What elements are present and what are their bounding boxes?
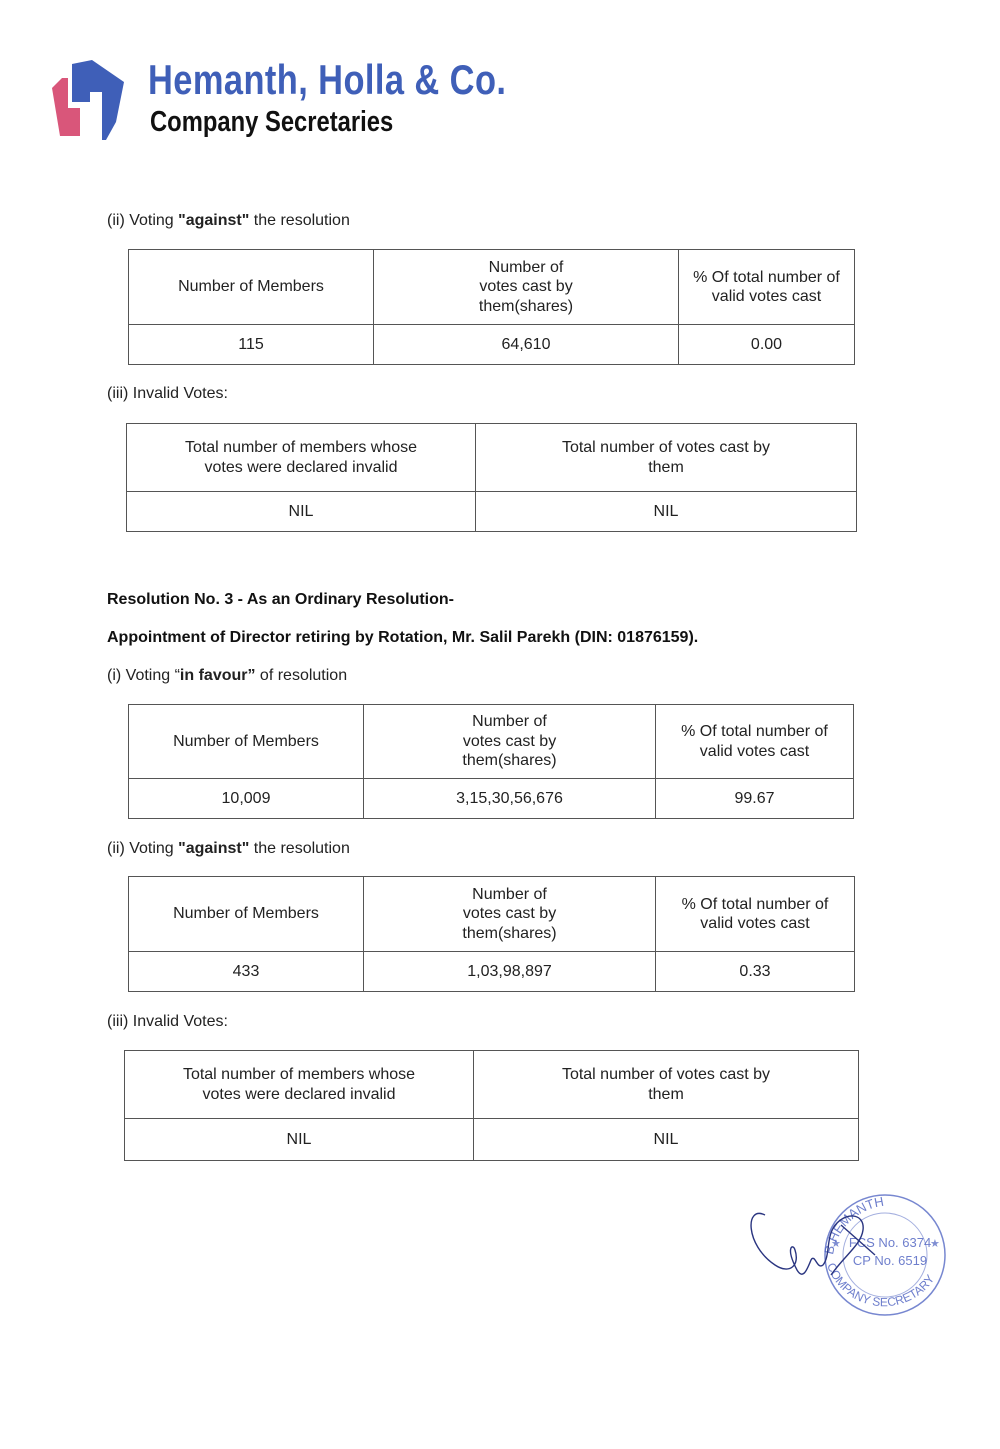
invalid-label: (iii) Invalid Votes: (107, 385, 228, 403)
firm-subtitle: Company Secretaries (150, 106, 393, 139)
stamp-bottom-text: COMPANY SECRETARY (824, 1261, 937, 1309)
header-cell: Total number of votes cast bythem (476, 424, 857, 492)
table-row: NIL NIL (127, 492, 857, 532)
votes-cell: 3,15,30,56,676 (364, 779, 656, 819)
header-cell: Total number of members whosevotes were … (127, 424, 476, 492)
percent-cell: 0.00 (679, 325, 855, 365)
header-cell: % Of total number ofvalid votes cast (656, 877, 855, 952)
members-cell: 433 (129, 952, 364, 992)
votes-cell: 64,610 (374, 325, 679, 365)
header-cell: Total number of members whosevotes were … (125, 1051, 474, 1119)
against-label: (ii) Voting "against" the resolution (107, 212, 350, 230)
favour-votes-table: Number of Members Number ofvotes cast by… (128, 704, 854, 819)
resolution-subject: Appointment of Director retiring by Rota… (107, 629, 698, 647)
members-cell: 115 (129, 325, 374, 365)
header-cell: Number of Members (129, 250, 374, 325)
svg-text:★: ★ (831, 1238, 841, 1250)
table-row: 115 64,610 0.00 (129, 325, 855, 365)
table-header-row: Number of Members Number ofvotes cast by… (129, 250, 855, 325)
invalid-members-cell: NIL (125, 1119, 474, 1161)
company-secretary-stamp: B HEMANTH COMPANY SECRETARY FCS No. 6374… (745, 1175, 955, 1325)
votes-cell: 1,03,98,897 (364, 952, 656, 992)
header-cell: % Of total number ofvalid votes cast (656, 705, 854, 779)
table-row: 10,009 3,15,30,56,676 99.67 (129, 779, 854, 819)
invalid-votes-table: Total number of members whosevotes were … (124, 1050, 859, 1161)
header-cell: Number of Members (129, 877, 364, 952)
header-cell: Total number of votes cast bythem (474, 1051, 859, 1119)
firm-name: Hemanth, Holla & Co. (148, 56, 506, 104)
members-cell: 10,009 (129, 779, 364, 819)
invalid-votes-cell: NIL (474, 1119, 859, 1161)
header-cell: Number ofvotes cast bythem(shares) (364, 877, 656, 952)
resolution-title: Resolution No. 3 - As an Ordinary Resolu… (107, 591, 454, 609)
header-cell: Number ofvotes cast bythem(shares) (364, 705, 656, 779)
table-header-row: Total number of members whosevotes were … (125, 1051, 859, 1119)
svg-text:★: ★ (930, 1238, 940, 1250)
table-header-row: Number of Members Number ofvotes cast by… (129, 705, 854, 779)
table-header-row: Total number of members whosevotes were … (127, 424, 857, 492)
svg-text:COMPANY SECRETARY: COMPANY SECRETARY (824, 1261, 937, 1309)
header-cell: % Of total number ofvalid votes cast (679, 250, 855, 325)
percent-cell: 0.33 (656, 952, 855, 992)
against-votes-table: Number of Members Number ofvotes cast by… (128, 876, 855, 992)
favour-label: (i) Voting “in favour” of resolution (107, 667, 347, 685)
header-cell: Number ofvotes cast bythem(shares) (374, 250, 679, 325)
table-header-row: Number of Members Number ofvotes cast by… (129, 877, 855, 952)
header-cell: Number of Members (129, 705, 364, 779)
table-row: 433 1,03,98,897 0.33 (129, 952, 855, 992)
against-label: (ii) Voting "against" the resolution (107, 840, 350, 858)
percent-cell: 99.67 (656, 779, 854, 819)
table-row: NIL NIL (125, 1119, 859, 1161)
stamp-cp-number: CP No. 6519 (853, 1253, 927, 1268)
invalid-members-cell: NIL (127, 492, 476, 532)
firm-logo-icon (48, 58, 130, 140)
invalid-votes-cell: NIL (476, 492, 857, 532)
against-votes-table: Number of Members Number ofvotes cast by… (128, 249, 855, 365)
invalid-label: (iii) Invalid Votes: (107, 1013, 228, 1031)
invalid-votes-table: Total number of members whosevotes were … (126, 423, 857, 532)
